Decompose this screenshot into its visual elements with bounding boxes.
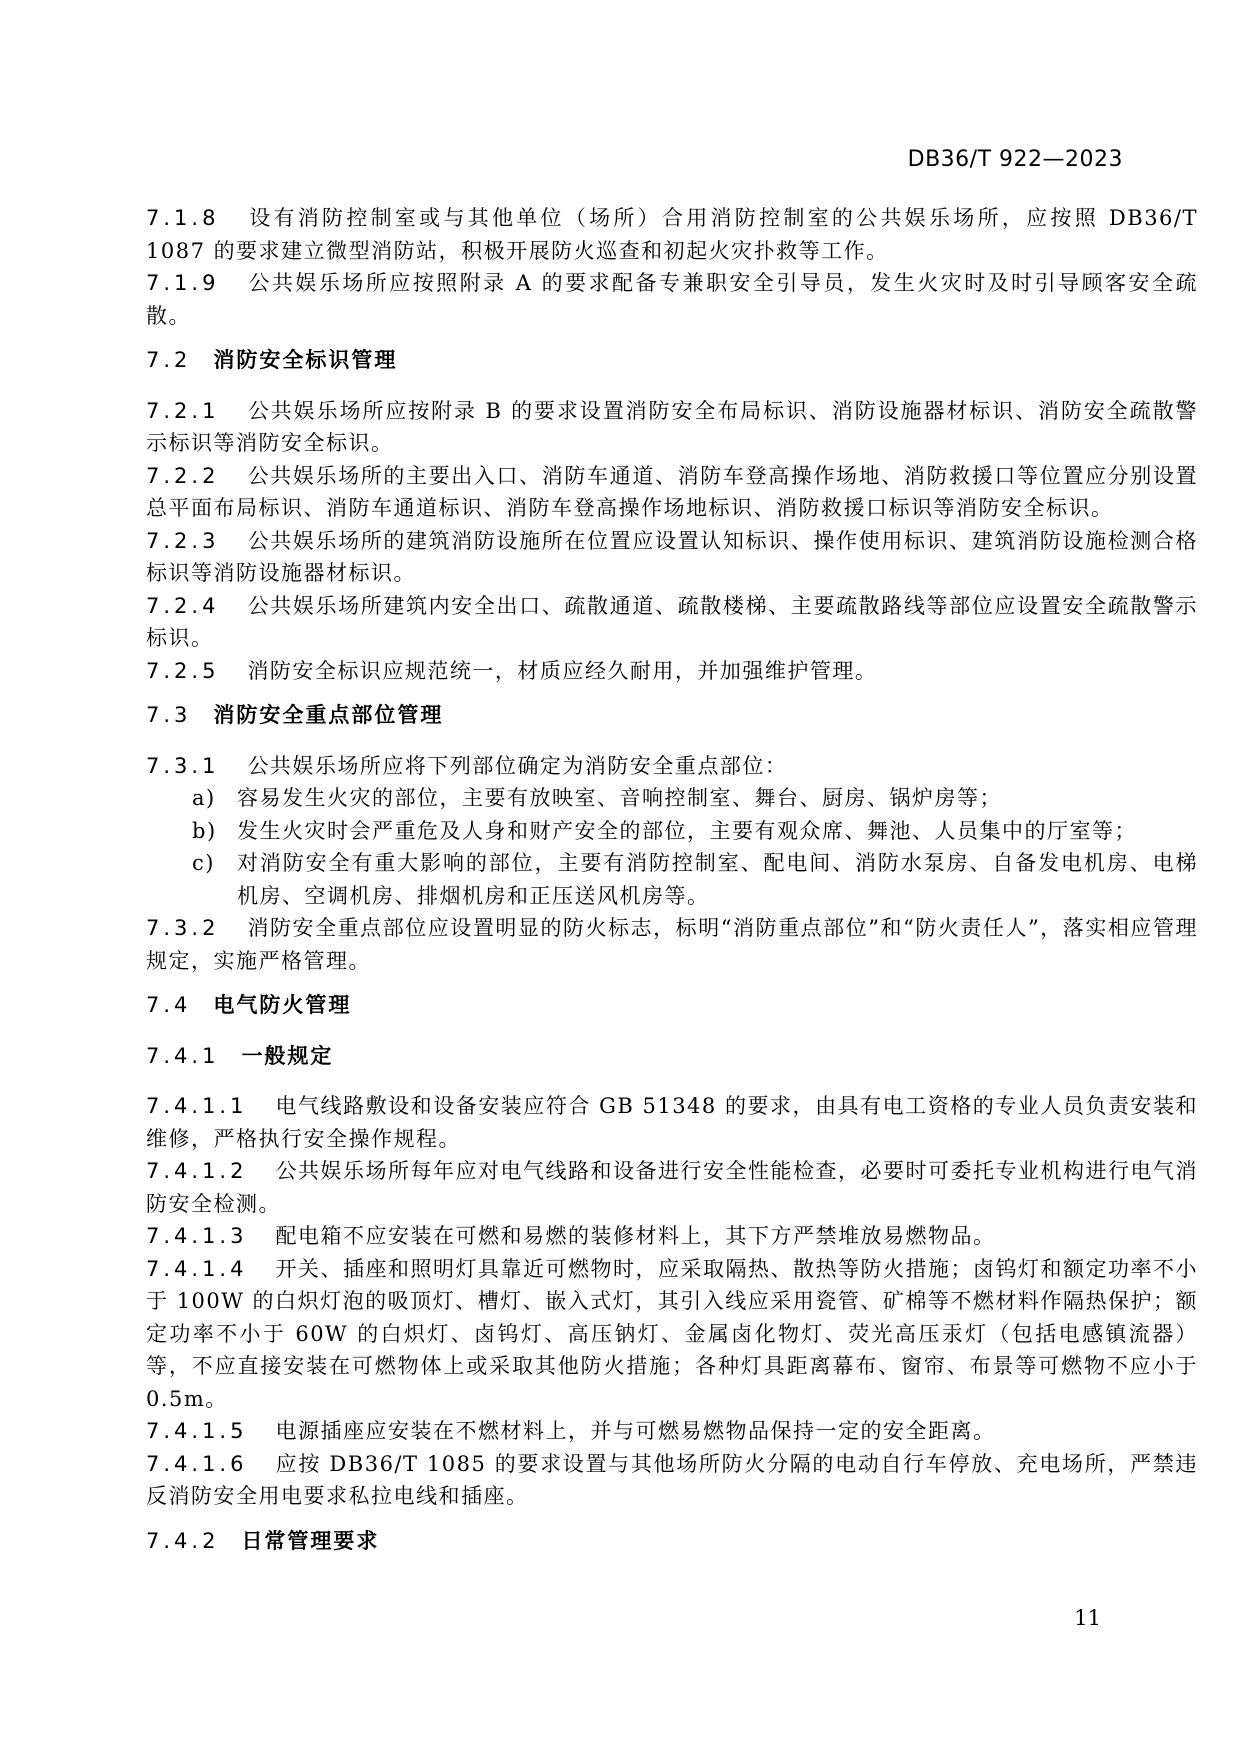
clause-text: 消防安全标识应规范统一，材质应经久耐用，并加强维护管理。 [247, 659, 877, 683]
clause-text: 公共娱乐场所的建筑消防设施所在位置应设置认知标识、操作使用标识、建筑消防设施检测… [146, 529, 1198, 586]
clause-text: 电气线路敷设和设备安装应符合 GB 51348 的要求，由具有电工资格的专业人员… [146, 1094, 1198, 1151]
heading-text: 电气防火管理 [213, 993, 351, 1017]
clause-number: 7.4.1.5 [146, 1419, 247, 1443]
clause-text: 公共娱乐场所每年应对电气线路和设备进行安全性能检查，必要时可委托专业机构进行电气… [146, 1159, 1198, 1216]
clause-text: 配电箱不应安装在可燃和易燃的装修材料上，其下方严禁堆放易燃物品。 [275, 1224, 995, 1248]
clause-text: 电源插座应安装在不燃材料上，并与可燃易燃物品保持一定的安全距离。 [275, 1419, 995, 1443]
clause-paragraph: 7.2.1公共娱乐场所应按附录 B 的要求设置消防安全布局标识、消防设施器材标识… [146, 395, 1198, 460]
clause-paragraph: 7.4.1.2公共娱乐场所每年应对电气线路和设备进行安全性能检查，必要时可委托专… [146, 1155, 1198, 1220]
clause-number: 7.4.1.6 [146, 1452, 247, 1476]
clause-number: 7.3.1 [146, 754, 219, 778]
heading-number: 7.4 [146, 993, 191, 1017]
list-item-text: 对消防安全有重大影响的部位，主要有消防控制室、配电间、消防水泵房、自备发电机房、… [237, 847, 1198, 912]
clause-paragraph: 7.2.3公共娱乐场所的建筑消防设施所在位置应设置认知标识、操作使用标识、建筑消… [146, 525, 1198, 590]
clause-number: 7.4.1.1 [146, 1094, 247, 1118]
clause-text: 消防安全重点部位应设置明显的防火标志，标明“消防重点部位”和“防火责任人”，落实… [146, 916, 1198, 973]
clause-paragraph: 7.4.1.4开关、插座和照明灯具靠近可燃物时，应采取隔热、散热等防火措施；卤钨… [146, 1253, 1198, 1416]
clause-number: 7.4.1.4 [146, 1257, 247, 1281]
clause-number: 7.1.9 [146, 271, 219, 295]
clause-number: 7.2.2 [146, 464, 219, 488]
clause-number: 7.2.3 [146, 529, 219, 553]
clause-number: 7.2.1 [146, 399, 219, 423]
clause-number: 7.2.5 [146, 659, 219, 683]
section-heading: 7.3消防安全重点部位管理 [146, 699, 1198, 732]
list-item-marker: c) [192, 847, 237, 912]
clause-paragraph: 7.4.1.3配电箱不应安装在可燃和易燃的装修材料上，其下方严禁堆放易燃物品。 [146, 1220, 1198, 1253]
list-item: c)对消防安全有重大影响的部位，主要有消防控制室、配电间、消防水泵房、自备发电机… [146, 847, 1198, 912]
page-number: 11 [1074, 1606, 1101, 1630]
clause-paragraph: 7.2.5消防安全标识应规范统一，材质应经久耐用，并加强维护管理。 [146, 655, 1198, 688]
list-item-marker: a) [192, 782, 237, 815]
clause-text: 公共娱乐场所的主要出入口、消防车通道、消防车登高操作场地、消防救援口等位置应分别… [146, 464, 1198, 521]
list-item-marker: b) [192, 815, 237, 848]
clause-paragraph: 7.2.2公共娱乐场所的主要出入口、消防车通道、消防车登高操作场地、消防救援口等… [146, 460, 1198, 525]
clause-paragraph: 7.1.8设有消防控制室或与其他单位（场所）合用消防控制室的公共娱乐场所，应按照… [146, 202, 1198, 267]
clause-number: 7.1.8 [146, 206, 219, 230]
heading-text: 日常管理要求 [241, 1529, 379, 1553]
clause-number: 7.4.1.2 [146, 1159, 247, 1183]
clause-paragraph: 7.4.1.6应按 DB36/T 1085 的要求设置与其他场所防火分隔的电动自… [146, 1448, 1198, 1513]
section-heading: 7.2消防安全标识管理 [146, 344, 1198, 377]
heading-number: 7.2 [146, 348, 191, 372]
list-item: b)发生火灾时会严重危及人身和财产安全的部位，主要有观众席、舞池、人员集中的厅室… [146, 815, 1198, 848]
clause-paragraph: 7.3.2消防安全重点部位应设置明显的防火标志，标明“消防重点部位”和“防火责任… [146, 912, 1198, 977]
clause-paragraph: 7.3.1公共娱乐场所应将下列部位确定为消防安全重点部位： [146, 750, 1198, 783]
section-heading: 7.4.1一般规定 [146, 1040, 1198, 1073]
clause-text: 公共娱乐场所应将下列部位确定为消防安全重点部位： [247, 754, 787, 778]
clause-number: 7.2.4 [146, 594, 219, 618]
clause-paragraph: 7.4.1.1电气线路敷设和设备安装应符合 GB 51348 的要求，由具有电工… [146, 1090, 1198, 1155]
clause-paragraph: 7.2.4公共娱乐场所建筑内安全出口、疏散通道、疏散楼梯、主要疏散路线等部位应设… [146, 590, 1198, 655]
heading-text: 一般规定 [241, 1044, 333, 1068]
clause-number: 7.4.1.3 [146, 1224, 247, 1248]
clause-text: 公共娱乐场所建筑内安全出口、疏散通道、疏散楼梯、主要疏散路线等部位应设置安全疏散… [146, 594, 1198, 651]
clause-text: 开关、插座和照明灯具靠近可燃物时，应采取隔热、散热等防火措施；卤钨灯和额定功率不… [146, 1257, 1198, 1411]
document-body: 7.1.8设有消防控制室或与其他单位（场所）合用消防控制室的公共娱乐场所，应按照… [146, 202, 1198, 1575]
heading-number: 7.3 [146, 703, 191, 727]
list-item-text: 发生火灾时会严重危及人身和财产安全的部位，主要有观众席、舞池、人员集中的厅室等； [237, 815, 1198, 848]
clause-paragraph: 7.4.1.5电源插座应安装在不燃材料上，并与可燃易燃物品保持一定的安全距离。 [146, 1415, 1198, 1448]
clause-number: 7.3.2 [146, 916, 219, 940]
clause-text: 公共娱乐场所应按照附录 A 的要求配备专兼职安全引导员，发生火灾时及时引导顾客安… [146, 271, 1198, 328]
clause-text: 应按 DB36/T 1085 的要求设置与其他场所防火分隔的电动自行车停放、充电… [146, 1452, 1198, 1509]
clause-paragraph: 7.1.9公共娱乐场所应按照附录 A 的要求配备专兼职安全引导员，发生火灾时及时… [146, 267, 1198, 332]
list-item-text: 容易发生火灾的部位，主要有放映室、音响控制室、舞台、厨房、锅炉房等； [237, 782, 1198, 815]
heading-number: 7.4.1 [146, 1044, 219, 1068]
clause-text: 设有消防控制室或与其他单位（场所）合用消防控制室的公共娱乐场所，应按照 DB36… [146, 206, 1198, 263]
heading-number: 7.4.2 [146, 1529, 219, 1553]
section-heading: 7.4电气防火管理 [146, 989, 1198, 1022]
heading-text: 消防安全标识管理 [213, 348, 397, 372]
heading-text: 消防安全重点部位管理 [213, 703, 443, 727]
document-page: DB36/T 922—2023 7.1.8设有消防控制室或与其他单位（场所）合用… [0, 0, 1241, 1754]
section-heading: 7.4.2日常管理要求 [146, 1525, 1198, 1558]
clause-text: 公共娱乐场所应按附录 B 的要求设置消防安全布局标识、消防设施器材标识、消防安全… [146, 399, 1198, 456]
list-item: a)容易发生火灾的部位，主要有放映室、音响控制室、舞台、厨房、锅炉房等； [146, 782, 1198, 815]
standard-number-header: DB36/T 922—2023 [908, 147, 1123, 172]
